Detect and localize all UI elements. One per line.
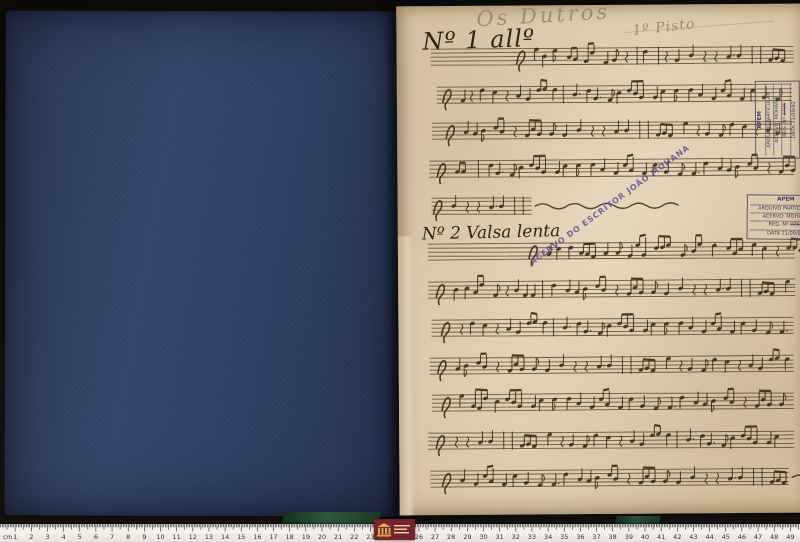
svg-text:33: 33 [528, 533, 536, 541]
svg-text:48: 48 [770, 533, 778, 541]
svg-text:18: 18 [286, 533, 294, 541]
svg-text:14: 14 [221, 533, 229, 541]
svg-text:1: 1 [13, 533, 17, 541]
svg-text:8: 8 [126, 533, 130, 541]
svg-text:22: 22 [350, 533, 358, 541]
svg-text:5: 5 [78, 533, 82, 541]
svg-text:2: 2 [29, 533, 33, 541]
svg-text:13: 13 [205, 533, 213, 541]
svg-text:34: 34 [544, 533, 552, 541]
apem-logo-badge [374, 519, 415, 540]
svg-text:12: 12 [189, 533, 197, 541]
manuscript-page: Os Dutros 1º Pisto Nº 1 allº Nº 2 Valsa … [396, 4, 800, 516]
svg-text:37: 37 [592, 533, 600, 541]
svg-text:31: 31 [496, 533, 504, 541]
svg-text:41: 41 [657, 533, 665, 541]
svg-text:15: 15 [237, 533, 245, 541]
svg-text:35: 35 [560, 533, 568, 541]
svg-text:43: 43 [689, 533, 697, 541]
svg-text:44: 44 [705, 533, 713, 541]
svg-text:27: 27 [431, 533, 439, 541]
archive-photo-scene: Os Dutros 1º Pisto Nº 1 allº Nº 2 Valsa … [0, 0, 800, 542]
svg-text:49: 49 [786, 533, 794, 541]
svg-text:30: 30 [479, 533, 487, 541]
building-icon [374, 519, 415, 540]
svg-text:21: 21 [334, 533, 342, 541]
svg-text:6: 6 [94, 533, 98, 541]
svg-text:45: 45 [722, 533, 730, 541]
svg-text:19: 19 [302, 533, 310, 541]
svg-text:10: 10 [156, 533, 164, 541]
svg-text:20: 20 [318, 533, 326, 541]
archive-stamp-horizontal: APEM ARQUIVO PARTICULAR ACERVO: MOHANA R… [746, 194, 800, 240]
svg-text:46: 46 [738, 533, 746, 541]
svg-text:47: 47 [754, 533, 762, 541]
svg-text:26: 26 [415, 533, 423, 541]
svg-text:42: 42 [673, 533, 681, 541]
svg-text:40: 40 [641, 533, 649, 541]
svg-text:38: 38 [609, 533, 617, 541]
svg-text:7: 7 [110, 533, 114, 541]
section-1-heading: Nº 1 allº [422, 24, 536, 56]
svg-text:32: 32 [512, 533, 520, 541]
stamp-line: DATA 21/09/82 [790, 84, 798, 156]
svg-text:11: 11 [173, 533, 181, 541]
book-cover [4, 10, 401, 516]
music-notation [396, 4, 800, 516]
svg-text:9: 9 [142, 533, 146, 541]
svg-text:16: 16 [253, 533, 261, 541]
svg-text:39: 39 [625, 533, 633, 541]
section-2-heading: Nº 2 Valsa lenta [422, 221, 561, 244]
svg-text:cm: cm [3, 534, 12, 541]
stamp-line: DATA 21/09/82 [749, 230, 800, 238]
svg-text:4: 4 [62, 533, 66, 541]
svg-text:17: 17 [269, 533, 277, 541]
archive-stamp-vertical: APEM ARQUIVO PARTICULAR ACERVO: MOHANA R… [755, 81, 800, 159]
table-green-patch [615, 516, 661, 524]
svg-text:29: 29 [463, 533, 471, 541]
svg-text:28: 28 [447, 533, 455, 541]
svg-text:36: 36 [576, 533, 584, 541]
svg-text:3: 3 [45, 533, 49, 541]
